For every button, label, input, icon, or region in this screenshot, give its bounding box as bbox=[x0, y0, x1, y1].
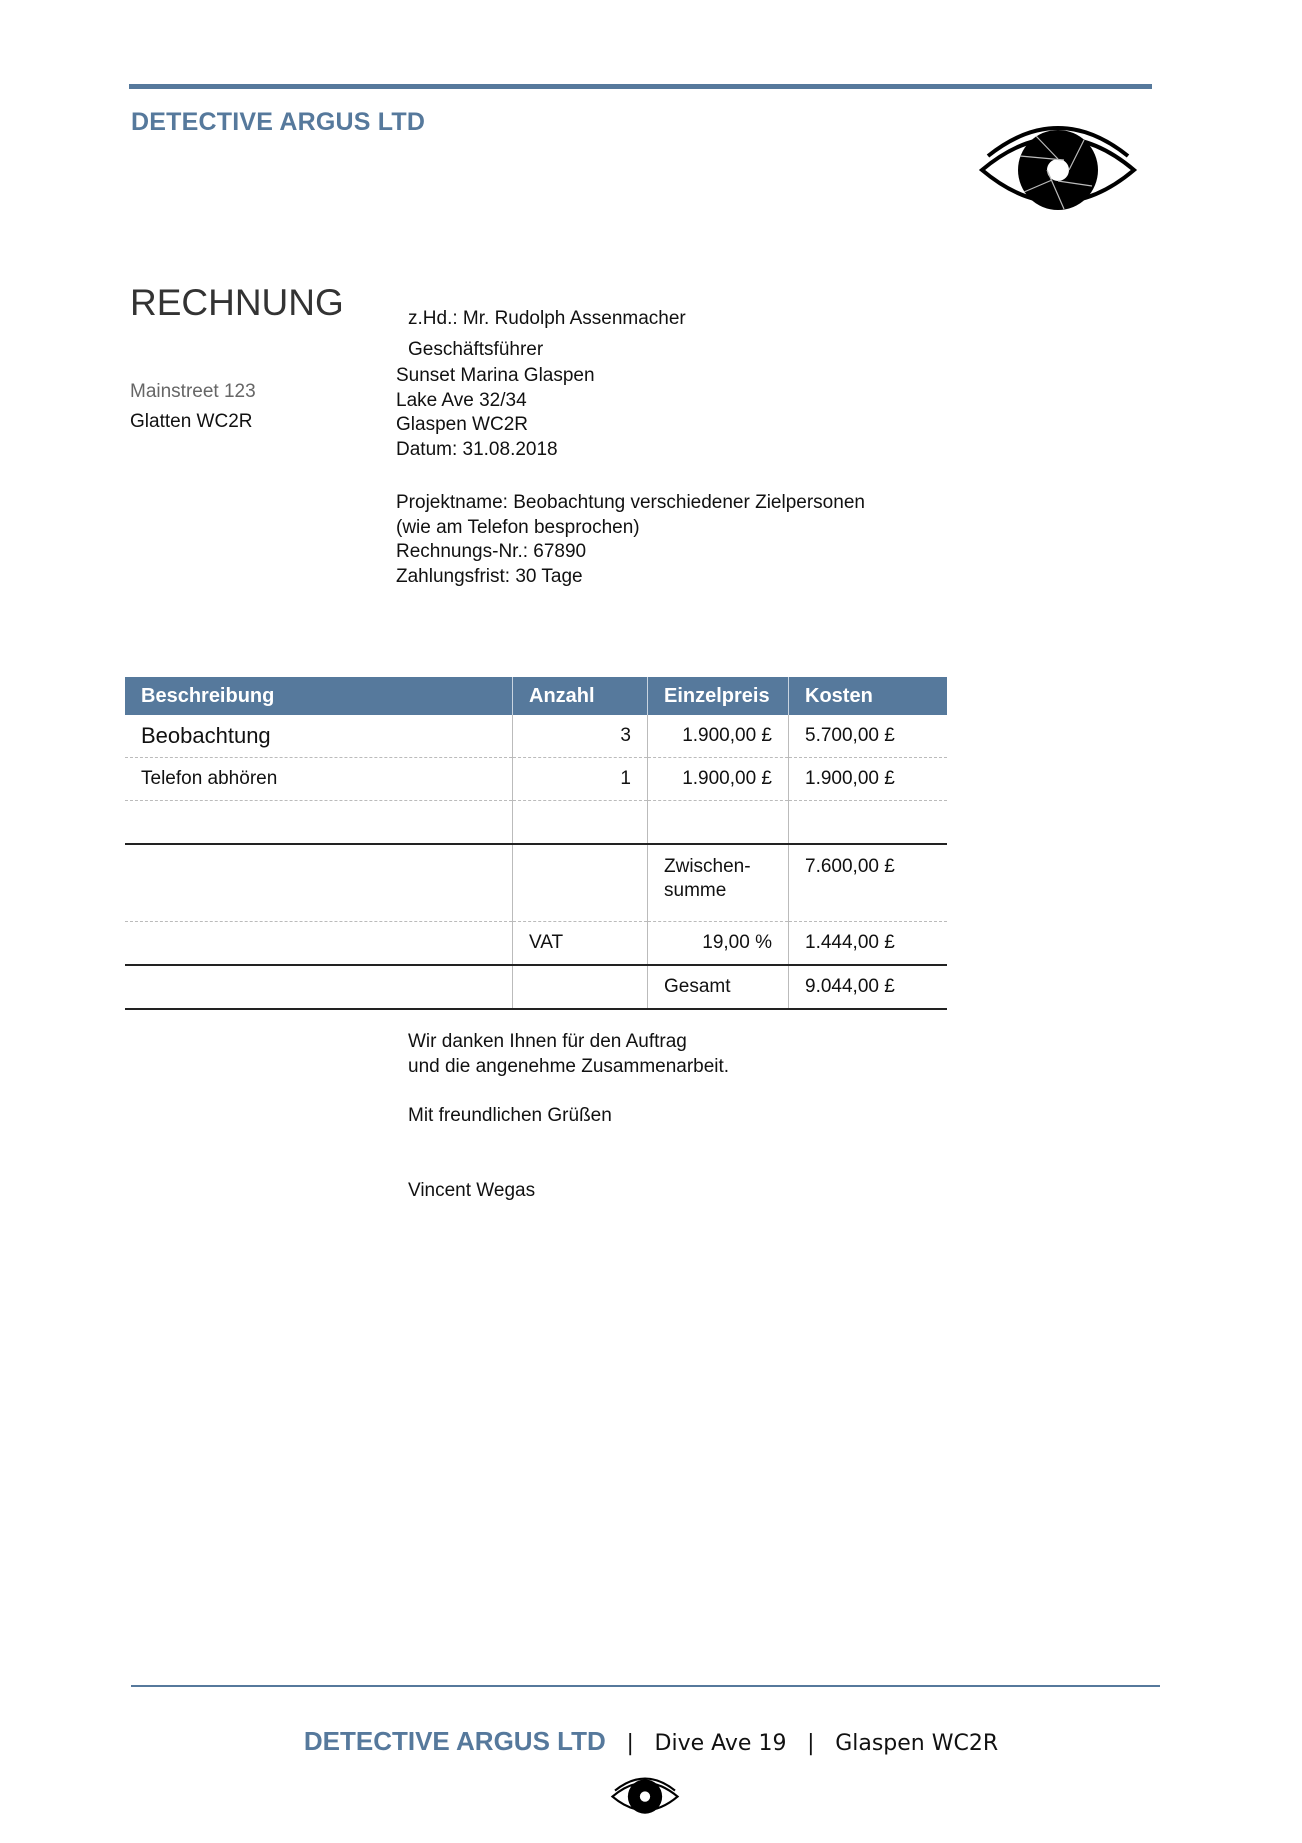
recipient-city: Glaspen WC2R bbox=[396, 413, 595, 438]
greeting: Mit freundlichen Grüßen bbox=[408, 1105, 612, 1127]
row-quantity bbox=[513, 801, 648, 845]
row-unit-price: 1.900,00 £ bbox=[648, 715, 789, 758]
row-cost: 5.700,00 £ bbox=[789, 715, 948, 758]
footer-street: Dive Ave 19 bbox=[655, 1731, 787, 1756]
footer: DETECTIVE ARGUS LTD | Dive Ave 19 | Glas… bbox=[0, 1726, 1302, 1757]
subtotal-label: Zwischen- summe bbox=[648, 844, 789, 922]
invoice-table: Beschreibung Anzahl Einzelpreis Kosten B… bbox=[125, 677, 947, 1010]
recipient-attention: z.Hd.: Mr. Rudolph Assenmacher Geschäfts… bbox=[408, 303, 686, 365]
document-title: RECHNUNG bbox=[130, 282, 344, 324]
total-label: Gesamt bbox=[648, 965, 789, 1009]
footer-company: DETECTIVE ARGUS LTD bbox=[304, 1726, 606, 1756]
project-info: Projektname: Beobachtung verschiedener Z… bbox=[396, 491, 865, 589]
table-row bbox=[125, 801, 947, 845]
company-name: DETECTIVE ARGUS LTD bbox=[131, 108, 425, 137]
closing-text: Wir danken Ihnen für den Auftrag und die… bbox=[408, 1030, 729, 1079]
table-header: Beschreibung Anzahl Einzelpreis Kosten bbox=[125, 677, 947, 715]
row-unit-price bbox=[648, 801, 789, 845]
vat-amount: 1.444,00 £ bbox=[789, 922, 948, 966]
table-row: Beobachtung 3 1.900,00 £ 5.700,00 £ bbox=[125, 715, 947, 758]
signature: Vincent Wegas bbox=[408, 1180, 535, 1202]
recipient-role: Geschäftsführer bbox=[408, 334, 686, 365]
footer-separator: | bbox=[807, 1731, 814, 1756]
header-unit-price: Einzelpreis bbox=[648, 677, 789, 715]
project-name: Projektname: Beobachtung verschiedener Z… bbox=[396, 491, 865, 516]
payment-terms: Zahlungsfrist: 30 Tage bbox=[396, 565, 865, 590]
row-cost bbox=[789, 801, 948, 845]
row-quantity: 1 bbox=[513, 758, 648, 801]
row-unit-price: 1.900,00 £ bbox=[648, 758, 789, 801]
row-description bbox=[125, 801, 513, 845]
vat-label: VAT bbox=[513, 922, 648, 966]
invoice-date: Datum: 31.08.2018 bbox=[396, 438, 595, 463]
subtotal-value: 7.600,00 £ bbox=[789, 844, 948, 922]
row-cost: 1.900,00 £ bbox=[789, 758, 948, 801]
thanks-line-1: Wir danken Ihnen für den Auftrag bbox=[408, 1030, 729, 1055]
row-quantity: 3 bbox=[513, 715, 648, 758]
vat-rate: 19,00 % bbox=[648, 922, 789, 966]
eye-shutter-icon bbox=[609, 1770, 681, 1818]
total-value: 9.044,00 £ bbox=[789, 965, 948, 1009]
invoice-number: Rechnungs-Nr.: 67890 bbox=[396, 540, 865, 565]
footer-rule bbox=[131, 1685, 1160, 1687]
row-description: Beobachtung bbox=[125, 715, 513, 758]
sender-street: Mainstreet 123 bbox=[130, 377, 256, 407]
recipient-company: Sunset Marina Glaspen bbox=[396, 364, 595, 389]
row-description: Telefon abhören bbox=[125, 758, 513, 801]
header-quantity: Anzahl bbox=[513, 677, 648, 715]
table-row: Telefon abhören 1 1.900,00 £ 1.900,00 £ bbox=[125, 758, 947, 801]
footer-city: Glaspen WC2R bbox=[835, 1731, 998, 1756]
vat-row: VAT 19,00 % 1.444,00 £ bbox=[125, 922, 947, 966]
header-rule bbox=[129, 84, 1152, 89]
project-note: (wie am Telefon besprochen) bbox=[396, 516, 865, 541]
sender-city: Glatten WC2R bbox=[130, 407, 256, 437]
recipient-address: Sunset Marina Glaspen Lake Ave 32/34 Gla… bbox=[396, 364, 595, 462]
attention-line: z.Hd.: Mr. Rudolph Assenmacher bbox=[408, 303, 686, 334]
header-description: Beschreibung bbox=[125, 677, 513, 715]
sender-address: Mainstreet 123 Glatten WC2R bbox=[130, 377, 256, 437]
eye-shutter-icon bbox=[976, 108, 1140, 220]
thanks-line-2: und die angenehme Zusammenarbeit. bbox=[408, 1055, 729, 1080]
recipient-street: Lake Ave 32/34 bbox=[396, 389, 595, 414]
subtotal-row: Zwischen- summe 7.600,00 £ bbox=[125, 844, 947, 922]
header-cost: Kosten bbox=[789, 677, 948, 715]
total-row: Gesamt 9.044,00 £ bbox=[125, 965, 947, 1009]
footer-separator: | bbox=[626, 1731, 633, 1756]
